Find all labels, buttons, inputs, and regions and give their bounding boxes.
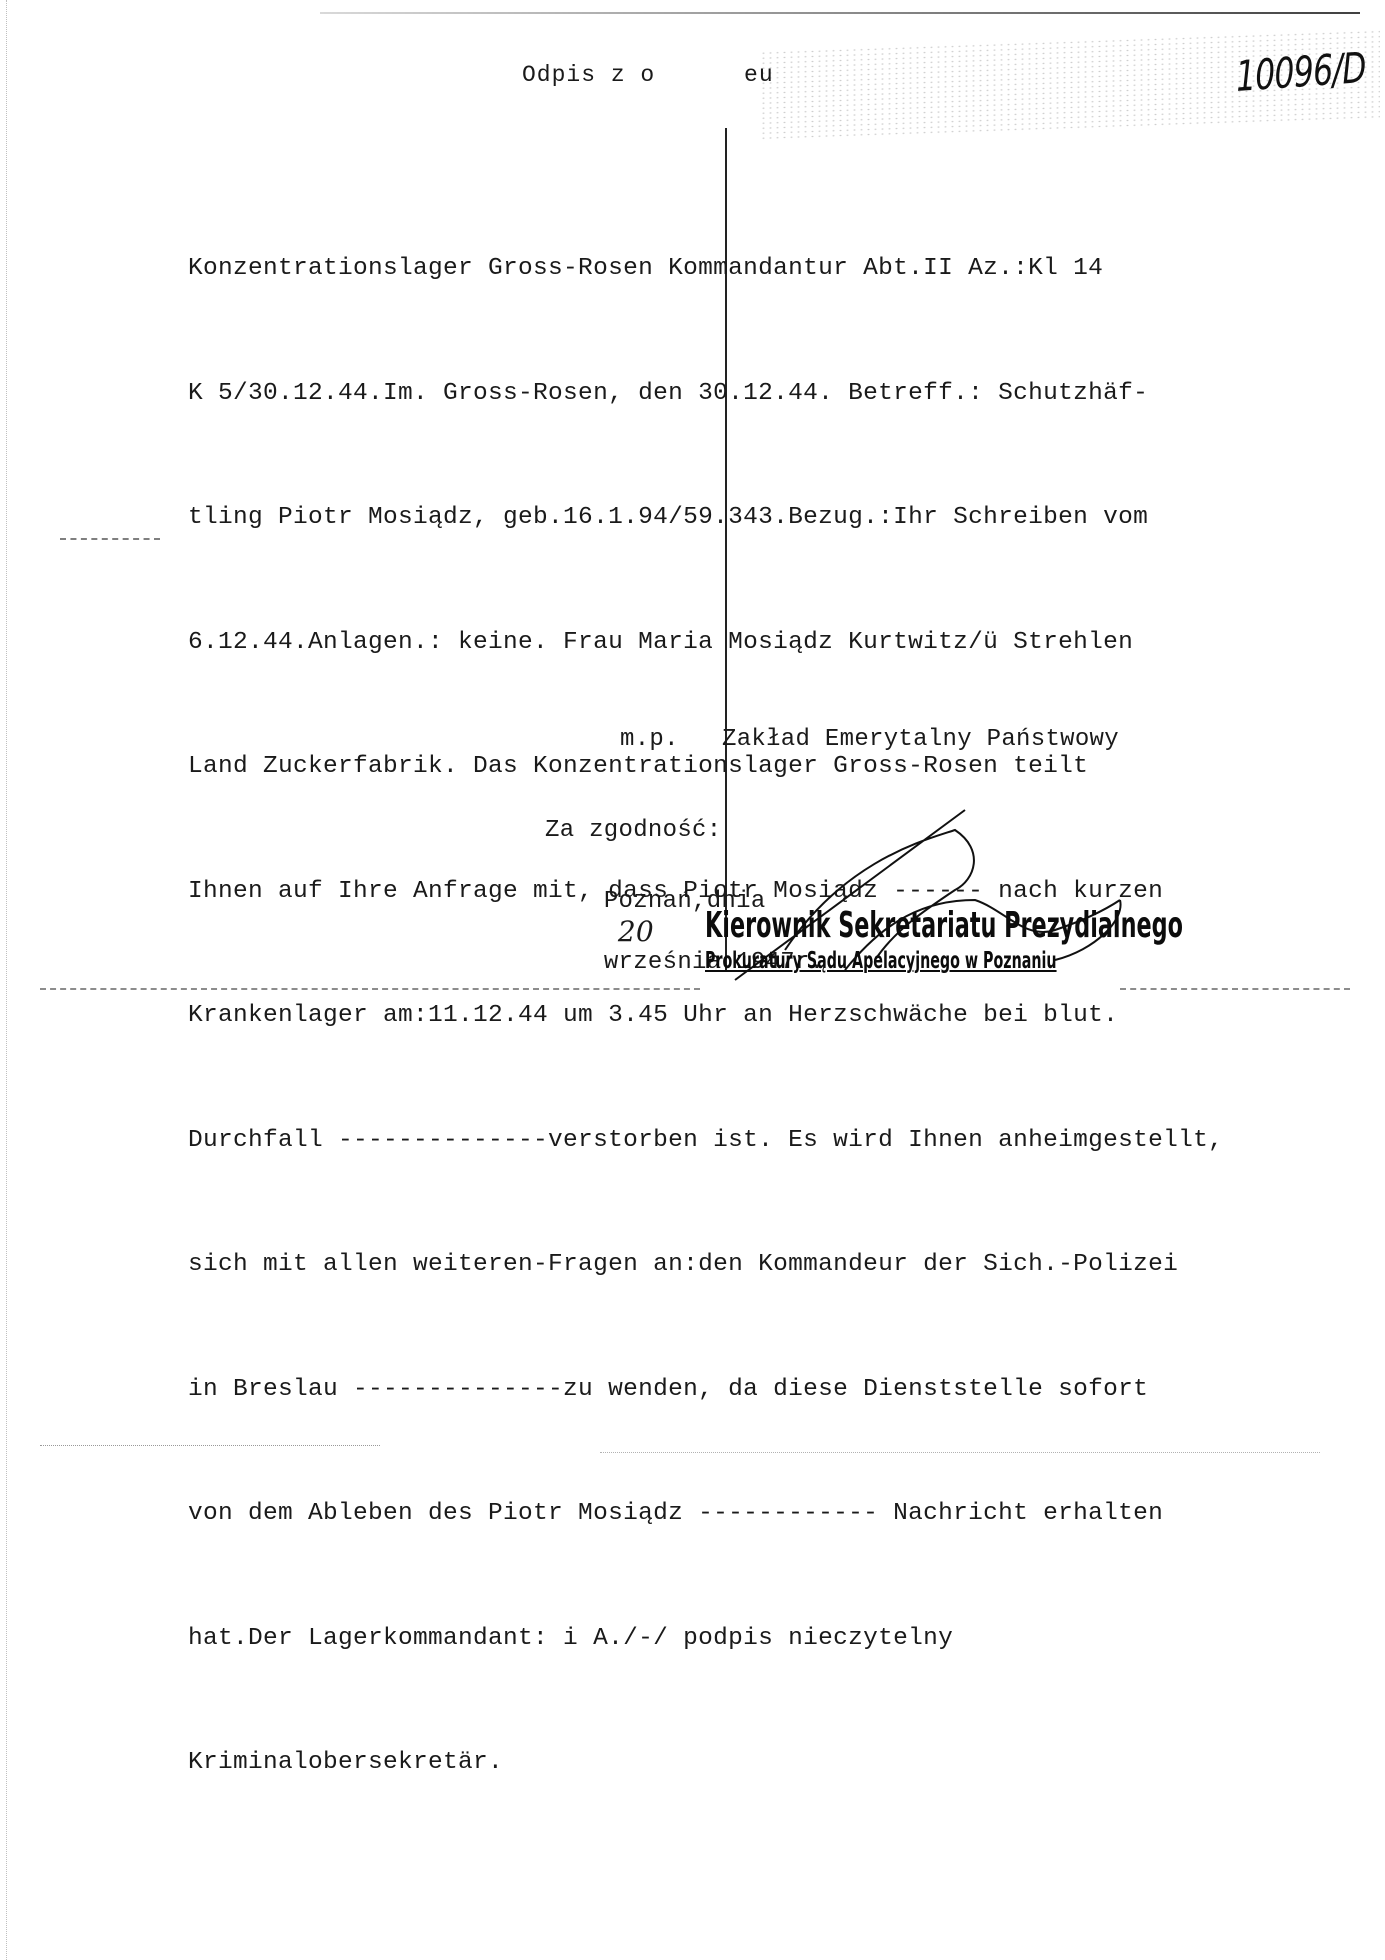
stamp-line-2: Prokuratury Sądu Apelacyjnego w Poznaniu [705,947,1183,975]
mp-label: m.p. [620,726,679,753]
body-line: K 5/30.12.44.Im. Gross-Rosen, den 30.12.… [188,373,1223,415]
scan-artifact-line [1120,988,1350,991]
scan-artifact-line [40,1445,380,1447]
body-line: Konzentrationslager Gross-Rosen Kommanda… [188,248,1223,290]
body-line: von dem Ableben des Piotr Mosiądz ------… [188,1493,1223,1535]
body-line: tling Piotr Mosiądz, geb.16.1.94/59.343.… [188,497,1223,539]
body-line: hat.Der Lagerkommandant: i A./-/ podpis … [188,1618,1223,1660]
body-line: Kriminalobersekretär. [188,1742,1223,1784]
scanned-document-page: Odpis z o eu 10096/D Konzentrationslager… [0,0,1385,1960]
stamp-line-1: Kierownik Sekretariatu Prezydialnego [705,905,1183,947]
scan-edge [6,0,8,1960]
scan-artifact-line [600,1452,1320,1454]
margin-dash [60,538,160,540]
top-scan-rule [320,12,1360,14]
scan-artifact-line [40,988,700,991]
official-stamp: Kierownik Sekretariatu Prezydialnego Pro… [705,905,1183,975]
body-line: Durchfall --------------verstorben ist. … [188,1120,1223,1162]
certification-label: Za zgodność: [545,817,721,844]
body-line: sich mit allen weiteren-Fragen an:den Ko… [188,1244,1223,1286]
document-heading: Odpis z o eu [522,62,774,88]
body-line: in Breslau --------------zu wenden, da d… [188,1369,1223,1411]
body-line: 6.12.44.Anlagen.: keine. Frau Maria Mosi… [188,622,1223,664]
institution-name: Zakład Emerytalny Państwowy [722,726,1119,753]
handwritten-reference-number: 10096/D [1235,43,1367,101]
handwritten-day: 20 [618,915,654,948]
document-body: Konzentrationslager Gross-Rosen Kommanda… [188,165,1223,1867]
